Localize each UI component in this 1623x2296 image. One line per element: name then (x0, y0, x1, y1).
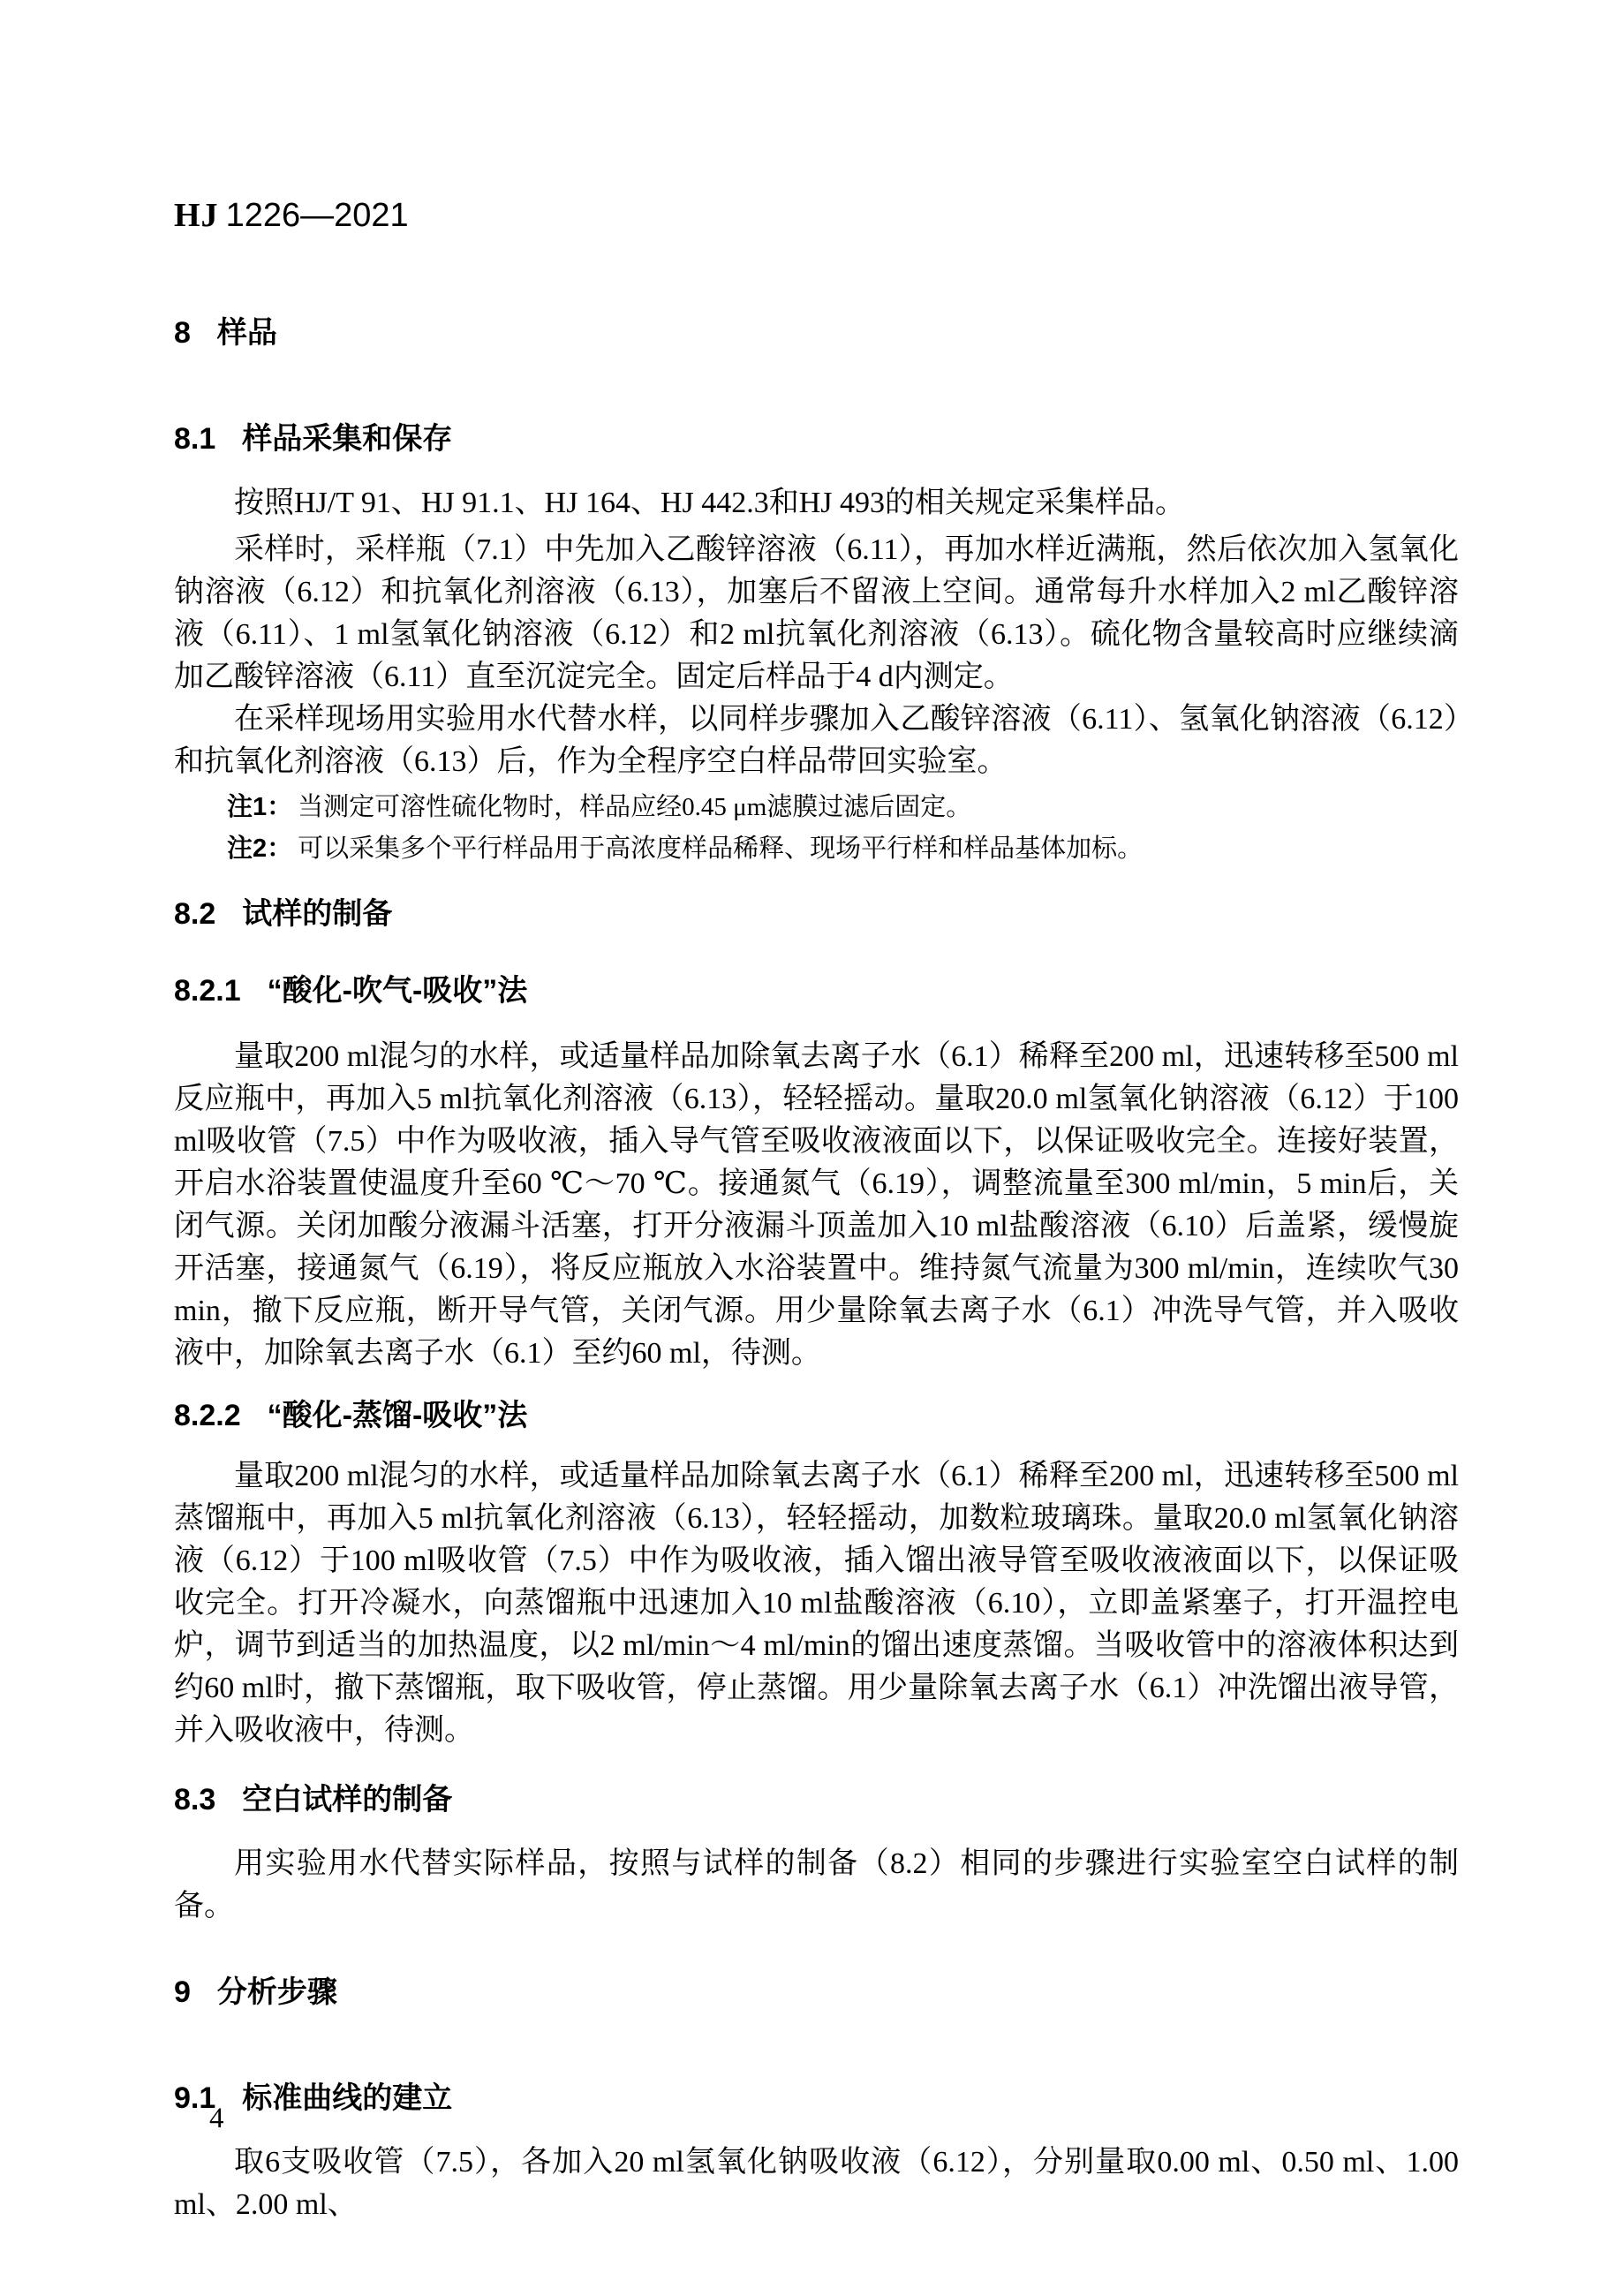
section-title: “酸化-吹气-吸收”法 (268, 974, 528, 1008)
section-heading-8-3: 8.3空白试样的制备 (174, 1779, 1459, 1821)
note-1-text: 当测定可溶性硫化物时，样品应经0.45 μm滤膜过滤后固定。 (298, 793, 971, 821)
section-heading-9-1: 9.1标准曲线的建立 (174, 2077, 1459, 2119)
section-number: 8.3 (174, 1783, 215, 1816)
section-number: 8.2 (174, 897, 215, 931)
section-heading-8-2-1: 8.2.1“酸化-吹气-吸收”法 (174, 970, 1459, 1012)
note-1: 注1：当测定可溶性硫化物时，样品应经0.45 μm滤膜过滤后固定。 (174, 787, 1459, 828)
section-title: 空白试样的制备 (242, 1783, 452, 1816)
section-number: 9 (174, 1975, 191, 2009)
section-heading-8-2-2: 8.2.2“酸化-蒸馏-吸收”法 (174, 1394, 1459, 1437)
section-heading-8-1: 8.1样品采集和保存 (174, 418, 1459, 460)
section-title: 试样的制备 (242, 897, 392, 931)
paragraph-8-2-1: 量取200 ml混匀的水样，或适量样品加除氧去离子水（6.1）稀释至200 ml… (174, 1036, 1459, 1375)
note-2-label: 注2： (227, 835, 292, 863)
note-2: 注2：可以采集多个平行样品用于高浓度样品稀释、现场平行样和样品基体加标。 (174, 828, 1459, 870)
section-number: 8.2.2 (174, 1399, 241, 1432)
section-number: 8.1 (174, 422, 215, 456)
paragraph-9-1: 取6支吸收管（7.5），各加入20 ml氢氧化钠吸收液（6.12），分别量取0.… (174, 2141, 1459, 2226)
section-heading-8-2: 8.2试样的制备 (174, 893, 1459, 935)
section-number: 8.2.1 (174, 974, 241, 1008)
section-title: “酸化-蒸馏-吸收”法 (268, 1399, 528, 1432)
paragraph-8-2-2: 量取200 ml混匀的水样，或适量样品加除氧去离子水（6.1）稀释至200 ml… (174, 1455, 1459, 1752)
paragraph-8-3: 用实验用水代替实际样品，按照与试样的制备（8.2）相同的步骤进行实验室空白试样的… (174, 1843, 1459, 1928)
section-title: 样品 (217, 316, 277, 350)
paragraph-8-1-b: 采样时，采样瓶（7.1）中先加入乙酸锌溶液（6.11），再加水样近满瓶，然后依次… (174, 529, 1459, 699)
paragraph-8-1-c: 在采样现场用实验用水代替水样，以同样步骤加入乙酸锌溶液（6.11）、氢氧化钠溶液… (174, 699, 1459, 783)
section-heading-8: 8样品 (174, 312, 1459, 354)
paragraph-8-1-a: 按照HJ/T 91、HJ 91.1、HJ 164、HJ 442.3和HJ 493… (174, 482, 1459, 525)
note-2-text: 可以采集多个平行样品用于高浓度样品稀释、现场平行样和样品基体加标。 (298, 835, 1143, 863)
page-number: 4 (209, 2104, 224, 2134)
section-title: 样品采集和保存 (242, 422, 452, 456)
standard-code: HJ1226—2021 (174, 199, 1459, 232)
section-number: 8 (174, 316, 191, 350)
section-heading-9: 9分析步骤 (174, 1971, 1459, 2013)
standard-code-number: 1226—2021 (226, 197, 409, 234)
section-title: 分析步骤 (217, 1975, 337, 2009)
note-1-label: 注1： (227, 793, 292, 821)
section-title: 标准曲线的建立 (242, 2081, 452, 2115)
document-page: HJ1226—2021 8样品 8.1样品采集和保存 按照HJ/T 91、HJ … (0, 0, 1623, 2296)
standard-code-prefix: HJ (174, 197, 219, 234)
